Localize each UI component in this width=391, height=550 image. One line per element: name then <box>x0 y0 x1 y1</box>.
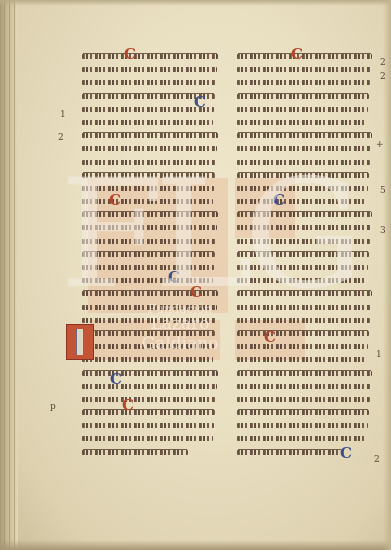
script-line <box>237 76 374 89</box>
script-line <box>237 419 374 432</box>
script-line <box>237 446 374 459</box>
rubricated-initial: C <box>264 330 276 345</box>
script-line <box>237 432 374 445</box>
script-line <box>237 50 374 63</box>
page-right-edge <box>383 0 391 550</box>
page-bottom-edge <box>0 540 391 550</box>
margin-note: 1 <box>60 110 66 120</box>
script-line <box>237 367 374 380</box>
rubricated-initial: C <box>340 446 352 461</box>
script-line <box>82 406 220 419</box>
script-line <box>237 63 374 76</box>
script-line <box>82 419 220 432</box>
script-line <box>237 380 374 393</box>
script-line <box>237 353 374 366</box>
margin-note: + <box>376 140 384 150</box>
margin-note: 5 <box>380 186 386 196</box>
margin-note: 2 <box>374 455 380 465</box>
rubricated-initial: C <box>110 372 122 387</box>
script-line <box>82 63 220 76</box>
script-line <box>82 367 220 380</box>
margin-note: 2 <box>380 72 386 82</box>
rubricated-initial: C <box>291 47 303 62</box>
script-line <box>82 50 220 63</box>
script-line <box>237 103 374 116</box>
page-top-edge <box>0 0 391 6</box>
binding-gutter <box>0 0 18 550</box>
margin-note: 3 <box>380 226 386 236</box>
margin-note: 2 <box>58 133 64 143</box>
script-line <box>82 76 220 89</box>
script-line <box>82 353 220 366</box>
illuminated-initial-u <box>66 324 94 360</box>
script-line <box>237 327 374 340</box>
script-line <box>237 129 374 142</box>
margin-note: 2 <box>380 58 386 68</box>
script-line <box>82 116 220 129</box>
script-line <box>82 446 220 459</box>
rubricated-initial: C <box>122 398 134 413</box>
margin-note: 1 <box>376 350 382 360</box>
watermark-line-2: Lázaro Galdiano <box>110 314 250 354</box>
script-line <box>82 380 220 393</box>
rubricated-initial: C <box>124 47 136 62</box>
script-line <box>237 406 374 419</box>
manuscript-page: C C C C C C C C C C C FLG Fundación Láza… <box>0 0 391 550</box>
script-line <box>237 340 374 353</box>
script-line <box>82 129 220 142</box>
script-line <box>82 432 220 445</box>
watermark-logo: FLG <box>60 160 354 310</box>
margin-note: p <box>50 402 56 412</box>
script-line <box>237 393 374 406</box>
rubricated-initial: C <box>194 95 206 110</box>
script-line <box>82 393 220 406</box>
script-line <box>237 90 374 103</box>
script-line <box>237 116 374 129</box>
